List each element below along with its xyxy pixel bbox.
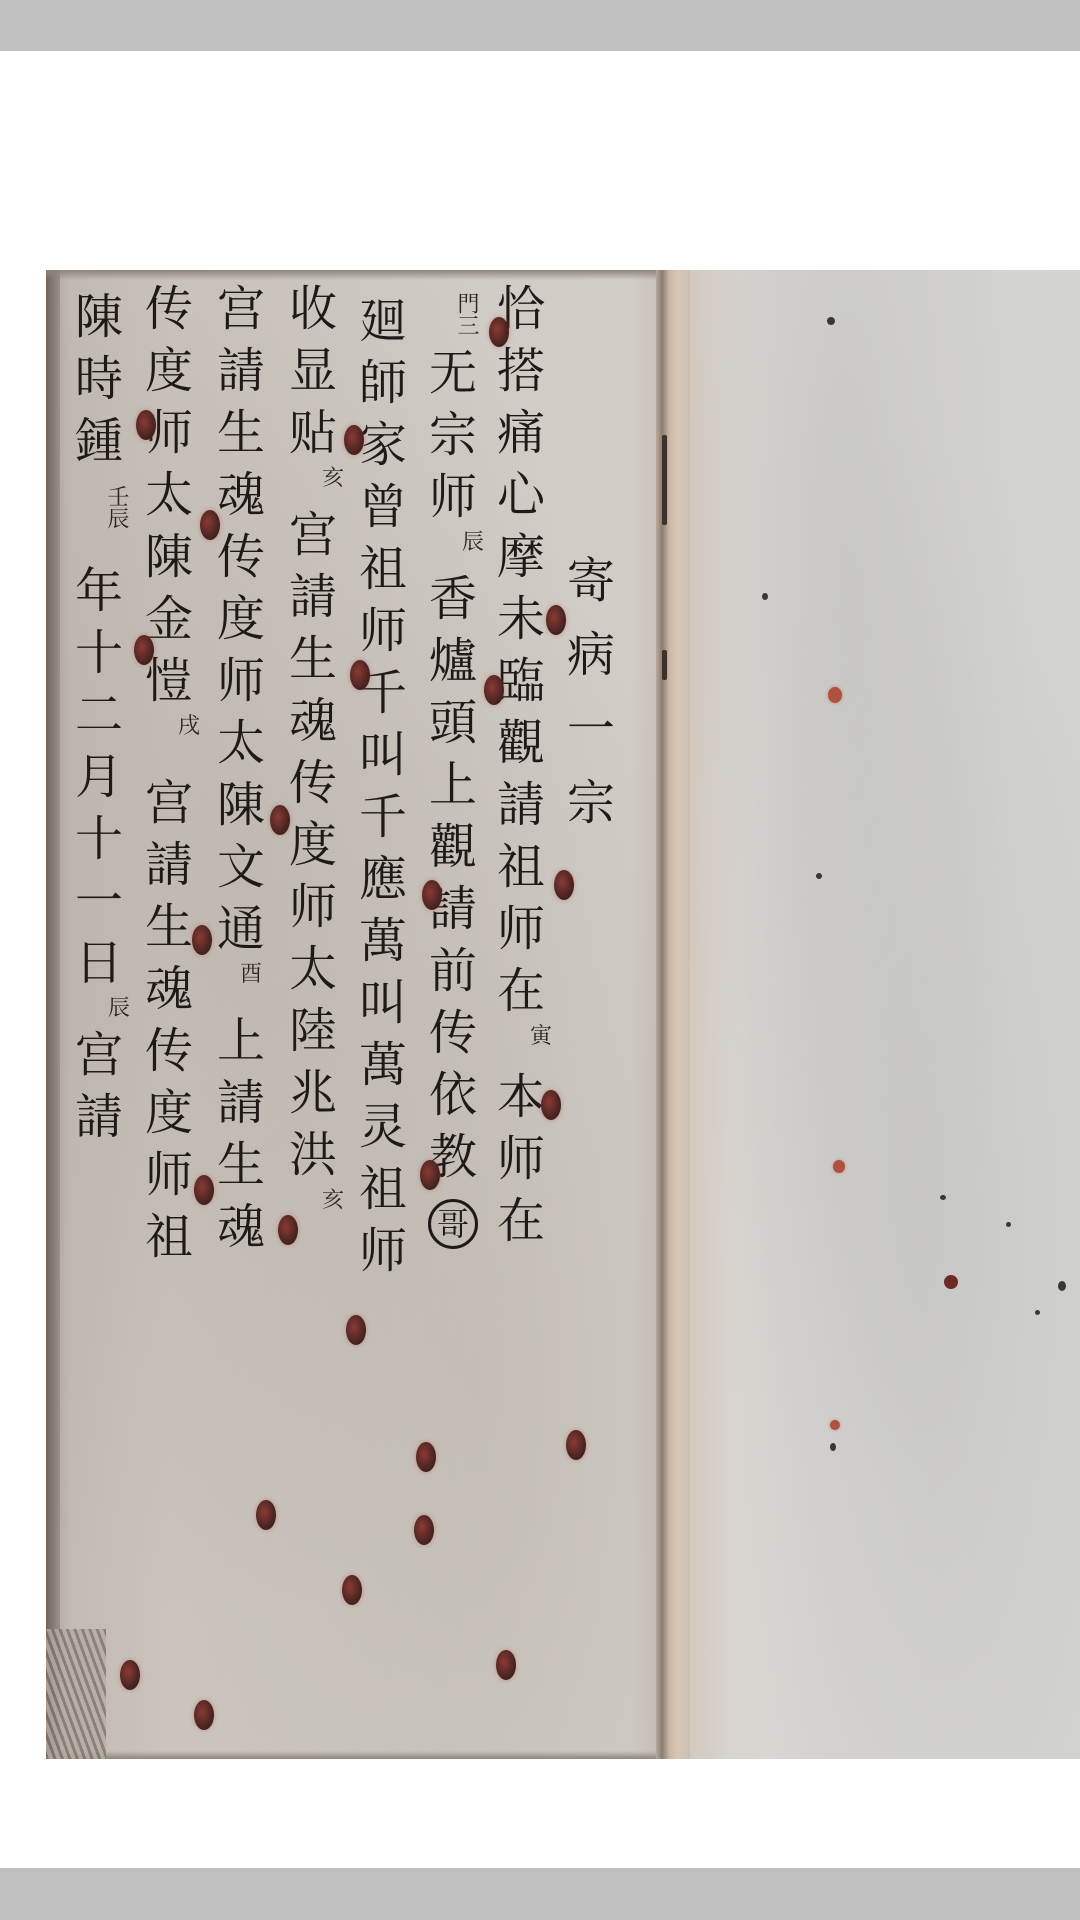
char: 宫 <box>64 1024 134 1086</box>
paper-speck <box>940 1195 946 1200</box>
red-seal-dot <box>270 805 290 835</box>
text-column-2: 恰 搭 痛 心 摩 未 臨 觀 請 祖 师 在 寅 本 师 在 <box>486 270 556 1759</box>
char: 香 <box>418 568 488 630</box>
text-column-8: 陳 時 鍾 壬辰 年 十 二 月 十 一 日 辰 宫 請 <box>64 270 134 1759</box>
char: 陳 <box>64 286 134 348</box>
char: 心 <box>486 464 556 526</box>
char: 陸 <box>278 1000 348 1062</box>
char: 觀 <box>486 712 556 774</box>
red-seal-dot <box>420 1160 440 1190</box>
red-speck <box>828 687 842 703</box>
char: 師 <box>348 352 418 414</box>
char: 灵 <box>348 1096 418 1158</box>
image-viewer: 寄 病 一 宗 恰 搭 痛 心 摩 未 臨 觀 請 祖 师 在 寅 <box>0 51 1080 1868</box>
red-seal-dot <box>489 317 509 347</box>
spine-mark <box>662 435 667 525</box>
char: 請 <box>278 566 348 628</box>
char: 宫 <box>206 278 276 340</box>
char: 上 <box>206 1010 276 1072</box>
annotation: 戌 <box>174 712 204 742</box>
char: 請 <box>206 1072 276 1134</box>
red-seal-dot <box>342 1575 362 1605</box>
red-seal-dot <box>346 1315 366 1345</box>
char: 收 <box>278 278 348 340</box>
char: 师 <box>348 1220 418 1282</box>
char: 萬 <box>348 910 418 972</box>
annotation: 辰 <box>104 994 134 1024</box>
paper-speck <box>1006 1222 1011 1227</box>
paper-speck <box>762 593 768 600</box>
left-page: 寄 病 一 宗 恰 搭 痛 心 摩 未 臨 觀 請 祖 师 在 寅 <box>46 270 663 1759</box>
paper-speck <box>830 1443 836 1451</box>
char: 日 <box>64 932 134 994</box>
char: 月 <box>64 746 134 808</box>
char: 太 <box>206 712 276 774</box>
char: 觀 <box>418 816 488 878</box>
char: 宫 <box>278 504 348 566</box>
char: 度 <box>206 588 276 650</box>
char: 祖 <box>348 538 418 600</box>
text-column-6: 宫 請 生 魂 传 度 师 太 陳 文 通 酉 上 請 生 魂 <box>206 270 276 1759</box>
red-seal-dot <box>278 1215 298 1245</box>
red-seal-dot <box>484 675 504 705</box>
char: 時 <box>64 348 134 410</box>
red-seal-dot <box>541 1090 561 1120</box>
char: 兆 <box>278 1062 348 1124</box>
char: 无 <box>418 342 488 404</box>
paper-speck <box>827 317 835 325</box>
char: 传 <box>278 752 348 814</box>
annotation: 酉 <box>236 960 266 990</box>
char: 祖 <box>348 1158 418 1220</box>
char: 請 <box>134 834 204 896</box>
char: 度 <box>134 340 204 402</box>
red-seal-dot <box>120 1660 140 1690</box>
char: 宗 <box>556 772 626 834</box>
char: 爐 <box>418 630 488 692</box>
annotation: 壬辰 <box>101 472 131 542</box>
char: 洪 <box>278 1124 348 1186</box>
red-seal-dot <box>414 1515 434 1545</box>
char: 太 <box>278 938 348 1000</box>
char: 一 <box>556 698 626 760</box>
red-speck <box>833 1160 845 1173</box>
char: 曾 <box>348 476 418 538</box>
red-seal-dot <box>422 880 442 910</box>
red-seal-dot <box>554 870 574 900</box>
char: 在 <box>486 960 556 1022</box>
red-seal-dot <box>496 1650 516 1680</box>
annotation: 寅 <box>526 1022 556 1052</box>
char: 叫 <box>348 724 418 786</box>
char: 陳 <box>206 774 276 836</box>
text-column-5: 收 显 贴 亥 宫 請 生 魂 传 度 师 太 陸 兆 洪 亥 <box>278 270 348 1759</box>
circled-char: 哥 <box>418 1188 488 1250</box>
text-column-1: 寄 病 一 宗 <box>556 270 626 1759</box>
annotation: 辰 <box>458 528 488 558</box>
char: 萬 <box>348 1034 418 1096</box>
red-seal-dot <box>256 1500 276 1530</box>
right-page-blank <box>690 270 1080 1759</box>
char: 师 <box>418 466 488 528</box>
char: 通 <box>206 898 276 960</box>
char: 宫 <box>134 772 204 834</box>
viewer-bottom-bar <box>0 1868 1080 1920</box>
char: 請 <box>486 774 556 836</box>
text-column-7: 传 度 师 太 陳 金 愷 戌 宫 請 生 魂 传 度 师 祖 <box>134 270 204 1759</box>
viewer-top-bar <box>0 0 1080 51</box>
char: 千 <box>348 786 418 848</box>
char: 依 <box>418 1064 488 1126</box>
char: 度 <box>134 1082 204 1144</box>
char: 师 <box>134 1144 204 1206</box>
paper-speck <box>1035 1310 1040 1315</box>
char: 一 <box>64 870 134 932</box>
char: 鍾 <box>64 410 134 472</box>
char: 太 <box>134 464 204 526</box>
red-seal-dot <box>566 1430 586 1460</box>
char: 陳 <box>134 526 204 588</box>
char: 十 <box>64 622 134 684</box>
red-seal-dot <box>546 605 566 635</box>
char: 魂 <box>206 1196 276 1258</box>
paper-speck <box>1058 1281 1066 1291</box>
char: 在 <box>486 1190 556 1252</box>
char: 上 <box>418 754 488 816</box>
red-seal-dot <box>192 925 212 955</box>
char: 祖 <box>134 1206 204 1268</box>
char: 頭 <box>418 692 488 754</box>
red-speck <box>944 1275 958 1289</box>
char: 寄 <box>556 550 626 612</box>
red-seal-dot <box>136 410 156 440</box>
char: 师 <box>206 650 276 712</box>
char: 摩 <box>486 526 556 588</box>
char: 生 <box>206 402 276 464</box>
char: 二 <box>64 684 134 746</box>
char: 师 <box>348 600 418 662</box>
char: 病 <box>556 624 626 686</box>
red-seal-dot <box>194 1175 214 1205</box>
char: 廻 <box>348 290 418 352</box>
red-seal-dot <box>200 510 220 540</box>
char: 請 <box>206 340 276 402</box>
char: 传 <box>134 1020 204 1082</box>
char: 生 <box>278 628 348 690</box>
text-column-4: 廻 師 家 曾 祖 师 千 叫 千 應 萬 叫 萬 灵 祖 师 <box>348 270 418 1759</box>
red-speck <box>830 1420 840 1430</box>
char: 宗 <box>418 404 488 466</box>
red-seal-dot <box>344 425 364 455</box>
char: 叫 <box>348 972 418 1034</box>
char: 十 <box>64 808 134 870</box>
char: 师 <box>486 898 556 960</box>
page-edge-left <box>46 270 60 1759</box>
spine-mark <box>662 650 667 680</box>
char: 魂 <box>278 690 348 752</box>
manuscript-photo[interactable]: 寄 病 一 宗 恰 搭 痛 心 摩 未 臨 觀 請 祖 师 在 寅 <box>46 270 1080 1759</box>
char: 痛 <box>486 402 556 464</box>
char: 显 <box>278 340 348 402</box>
char: 贴 <box>278 402 348 464</box>
char: 搭 <box>486 340 556 402</box>
paper-speck <box>816 873 822 879</box>
char: 前 <box>418 940 488 1002</box>
char: 文 <box>206 836 276 898</box>
char: 年 <box>64 560 134 622</box>
annotation: 亥 <box>318 1186 348 1216</box>
char: 魂 <box>134 958 204 1020</box>
char: 應 <box>348 848 418 910</box>
char: 传 <box>134 278 204 340</box>
red-seal-dot <box>134 635 154 665</box>
char: 請 <box>64 1086 134 1148</box>
annotation: 亥 <box>318 464 348 494</box>
char: 祖 <box>486 836 556 898</box>
red-seal-dot <box>194 1700 214 1730</box>
char: 师 <box>486 1128 556 1190</box>
char: 传 <box>418 1002 488 1064</box>
char: 师 <box>278 876 348 938</box>
red-seal-dot <box>350 660 370 690</box>
char: 生 <box>206 1134 276 1196</box>
red-seal-dot <box>416 1442 436 1472</box>
